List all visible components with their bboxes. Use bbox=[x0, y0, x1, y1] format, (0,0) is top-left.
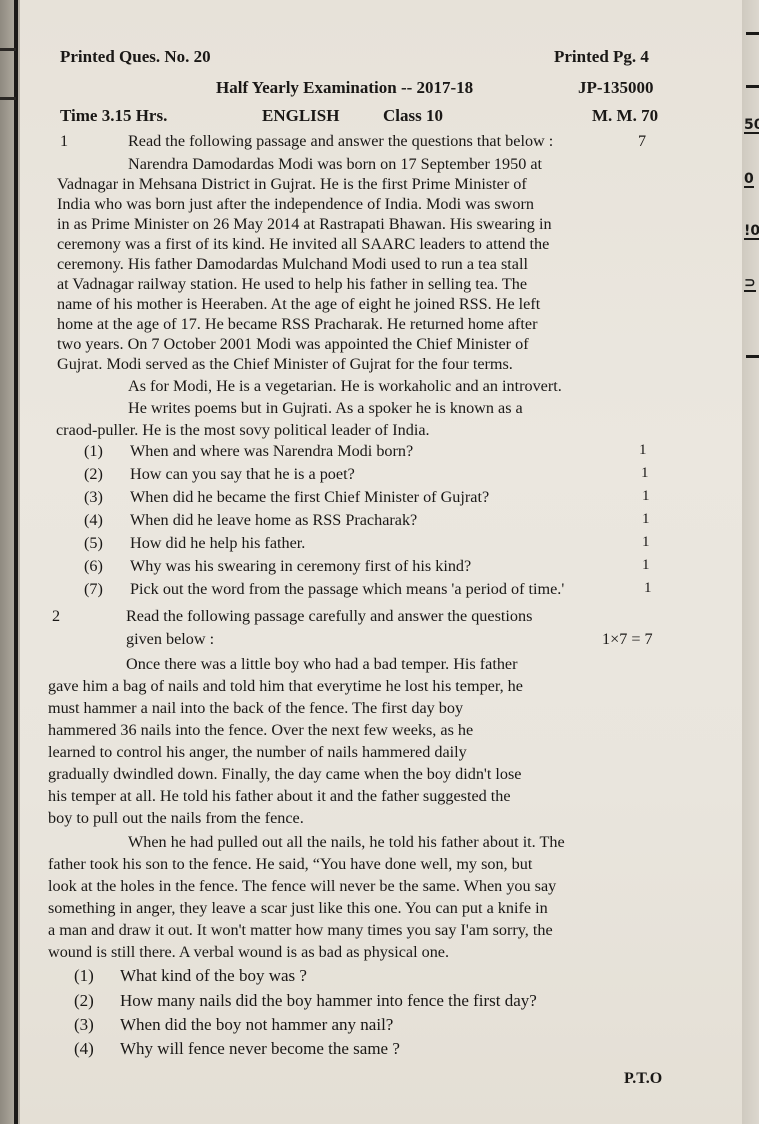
passage-line: something in anger, they leave a scar ju… bbox=[48, 899, 548, 918]
adjacent-page-edge: 50 0 !0 ⊃ bbox=[742, 0, 759, 1124]
sub-question-number: (4) bbox=[74, 1039, 120, 1059]
adjacent-page-fragment: 0 bbox=[744, 172, 754, 188]
passage-line: Gujrat. Modi served as the Chief Ministe… bbox=[57, 355, 513, 374]
page-rule bbox=[746, 355, 759, 358]
question-marks: 1×7 = 7 bbox=[602, 630, 653, 649]
sub-question-number: (2) bbox=[84, 465, 130, 484]
adjacent-page-fragment: !0 bbox=[744, 224, 759, 240]
sub-question-text: Pick out the word from the passage which… bbox=[130, 580, 564, 598]
passage-line: He writes poems but in Gujrati. As a spo… bbox=[128, 399, 523, 418]
passage-line: must hammer a nail into the back of the … bbox=[48, 699, 463, 718]
sub-question-text: When did he leave home as RSS Pracharak? bbox=[130, 511, 417, 529]
please-turn-over: P.T.O bbox=[624, 1070, 662, 1088]
passage-line: ceremony. His father Damodardas Mulchand… bbox=[57, 255, 528, 274]
passage-line: look at the holes in the fence. The fenc… bbox=[48, 877, 556, 896]
sub-question: (2)How many nails did the boy hammer int… bbox=[74, 991, 537, 1011]
sub-question-number: (6) bbox=[84, 557, 130, 576]
sub-question-mark: 1 bbox=[642, 534, 650, 551]
passage-line: learned to control his anger, the number… bbox=[48, 743, 467, 762]
sub-question-number: (1) bbox=[74, 966, 120, 986]
passage-line: in as Prime Minister on 26 May 2014 at R… bbox=[57, 215, 552, 234]
binder-edge bbox=[0, 0, 20, 1124]
sub-question-mark: 1 bbox=[644, 580, 652, 597]
question-marks: 7 bbox=[638, 132, 646, 151]
page-rule bbox=[746, 32, 759, 35]
passage-line: boy to pull out the nails from the fence… bbox=[48, 809, 304, 828]
sub-question-number: (4) bbox=[84, 511, 130, 530]
sub-question-text: What kind of the boy was ? bbox=[120, 966, 307, 985]
printed-question-count: Printed Ques. No. 20 bbox=[60, 47, 211, 67]
sub-question-text: When did the boy not hammer any nail? bbox=[120, 1015, 393, 1034]
question-instruction: Read the following passage and answer th… bbox=[128, 132, 553, 151]
sub-question-number: (2) bbox=[74, 991, 120, 1011]
sub-question-text: When did he became the first Chief Minis… bbox=[130, 488, 489, 506]
passage-line: two years. On 7 October 2001 Modi was ap… bbox=[57, 335, 529, 354]
sub-question-mark: 1 bbox=[642, 511, 650, 528]
sub-question-text: When and where was Narendra Modi born? bbox=[130, 442, 413, 460]
sub-question: (1)What kind of the boy was ? bbox=[74, 966, 307, 986]
question-instruction-continued: given below : bbox=[126, 630, 214, 649]
passage-line: name of his mother is Heeraben. At the a… bbox=[57, 295, 540, 314]
passage-line: a man and draw it out. It won't matter h… bbox=[48, 921, 553, 940]
sub-question-mark: 1 bbox=[642, 488, 650, 505]
sub-question-text: How many nails did the boy hammer into f… bbox=[120, 991, 537, 1010]
sub-question: (1)When and where was Narendra Modi born… bbox=[84, 442, 413, 461]
passage-line: ceremony was a first of its kind. He inv… bbox=[57, 235, 549, 254]
passage-line: Once there was a little boy who had a ba… bbox=[126, 655, 518, 674]
passage-line: India who was born just after the indepe… bbox=[57, 195, 534, 214]
sub-question-text: Why will fence never become the same ? bbox=[120, 1039, 400, 1058]
paper-code: JP-135000 bbox=[578, 78, 654, 98]
binder-tick bbox=[0, 97, 16, 100]
passage-line: gave him a bag of nails and told him tha… bbox=[48, 677, 523, 696]
adjacent-page-fragment: ⊃ bbox=[744, 276, 756, 292]
exam-page: Printed Ques. No. 20 Printed Pg. 4 Half … bbox=[20, 0, 742, 1124]
page-rule bbox=[746, 85, 759, 88]
sub-question-mark: 1 bbox=[642, 557, 650, 574]
sub-question-number: (1) bbox=[84, 442, 130, 461]
printed-page-count: Printed Pg. 4 bbox=[554, 47, 649, 67]
sub-question: (3)When did he became the first Chief Mi… bbox=[84, 488, 489, 507]
passage-line: his temper at all. He told his father ab… bbox=[48, 787, 511, 806]
sub-question: (6)Why was his swearing in ceremony firs… bbox=[84, 557, 471, 576]
sub-question: (3)When did the boy not hammer any nail? bbox=[74, 1015, 393, 1035]
sub-question: (4)When did he leave home as RSS Prachar… bbox=[84, 511, 417, 530]
exam-duration: Time 3.15 Hrs. bbox=[60, 106, 167, 126]
sub-question-text: Why was his swearing in ceremony first o… bbox=[130, 557, 471, 575]
sub-question-number: (3) bbox=[74, 1015, 120, 1035]
passage-line: craod-puller. He is the most sovy politi… bbox=[56, 421, 430, 440]
sub-question-text: How did he help his father. bbox=[130, 534, 305, 552]
passage-line: gradually dwindled down. Finally, the da… bbox=[48, 765, 521, 784]
passage-line: Narendra Damodardas Modi was born on 17 … bbox=[128, 155, 542, 174]
sub-question-mark: 1 bbox=[639, 442, 647, 459]
binder-tick bbox=[0, 48, 16, 51]
passage-line: hammered 36 nails into the fence. Over t… bbox=[48, 721, 473, 740]
sub-question: (7)Pick out the word from the passage wh… bbox=[84, 580, 564, 599]
passage-line: home at the age of 17. He became RSS Pra… bbox=[57, 315, 538, 334]
sub-question-mark: 1 bbox=[641, 465, 649, 482]
sub-question: (5)How did he help his father. bbox=[84, 534, 305, 553]
adjacent-page-fragment: 50 bbox=[744, 118, 759, 134]
binder-rule bbox=[14, 0, 18, 1124]
question-number: 2 bbox=[52, 607, 60, 626]
passage-line: father took his son to the fence. He sai… bbox=[48, 855, 532, 874]
maximum-marks: M. M. 70 bbox=[592, 106, 658, 126]
class-label: Class 10 bbox=[383, 106, 443, 126]
subject-name: ENGLISH bbox=[262, 106, 339, 126]
sub-question-text: How can you say that he is a poet? bbox=[130, 465, 355, 483]
sub-question-number: (5) bbox=[84, 534, 130, 553]
question-number: 1 bbox=[60, 132, 68, 151]
passage-line: As for Modi, He is a vegetarian. He is w… bbox=[128, 377, 562, 396]
sub-question: (2)How can you say that he is a poet? bbox=[84, 465, 355, 484]
passage-line: at Vadnagar railway station. He used to … bbox=[57, 275, 527, 294]
sub-question-number: (7) bbox=[84, 580, 130, 599]
exam-title: Half Yearly Examination -- 2017-18 bbox=[216, 78, 473, 98]
passage-line: Vadnagar in Mehsana District in Gujrat. … bbox=[57, 175, 527, 194]
sub-question: (4)Why will fence never become the same … bbox=[74, 1039, 400, 1059]
sub-question-number: (3) bbox=[84, 488, 130, 507]
passage-line: wound is still there. A verbal wound is … bbox=[48, 943, 449, 962]
passage-line: When he had pulled out all the nails, he… bbox=[128, 833, 565, 852]
question-instruction: Read the following passage carefully and… bbox=[126, 607, 532, 626]
